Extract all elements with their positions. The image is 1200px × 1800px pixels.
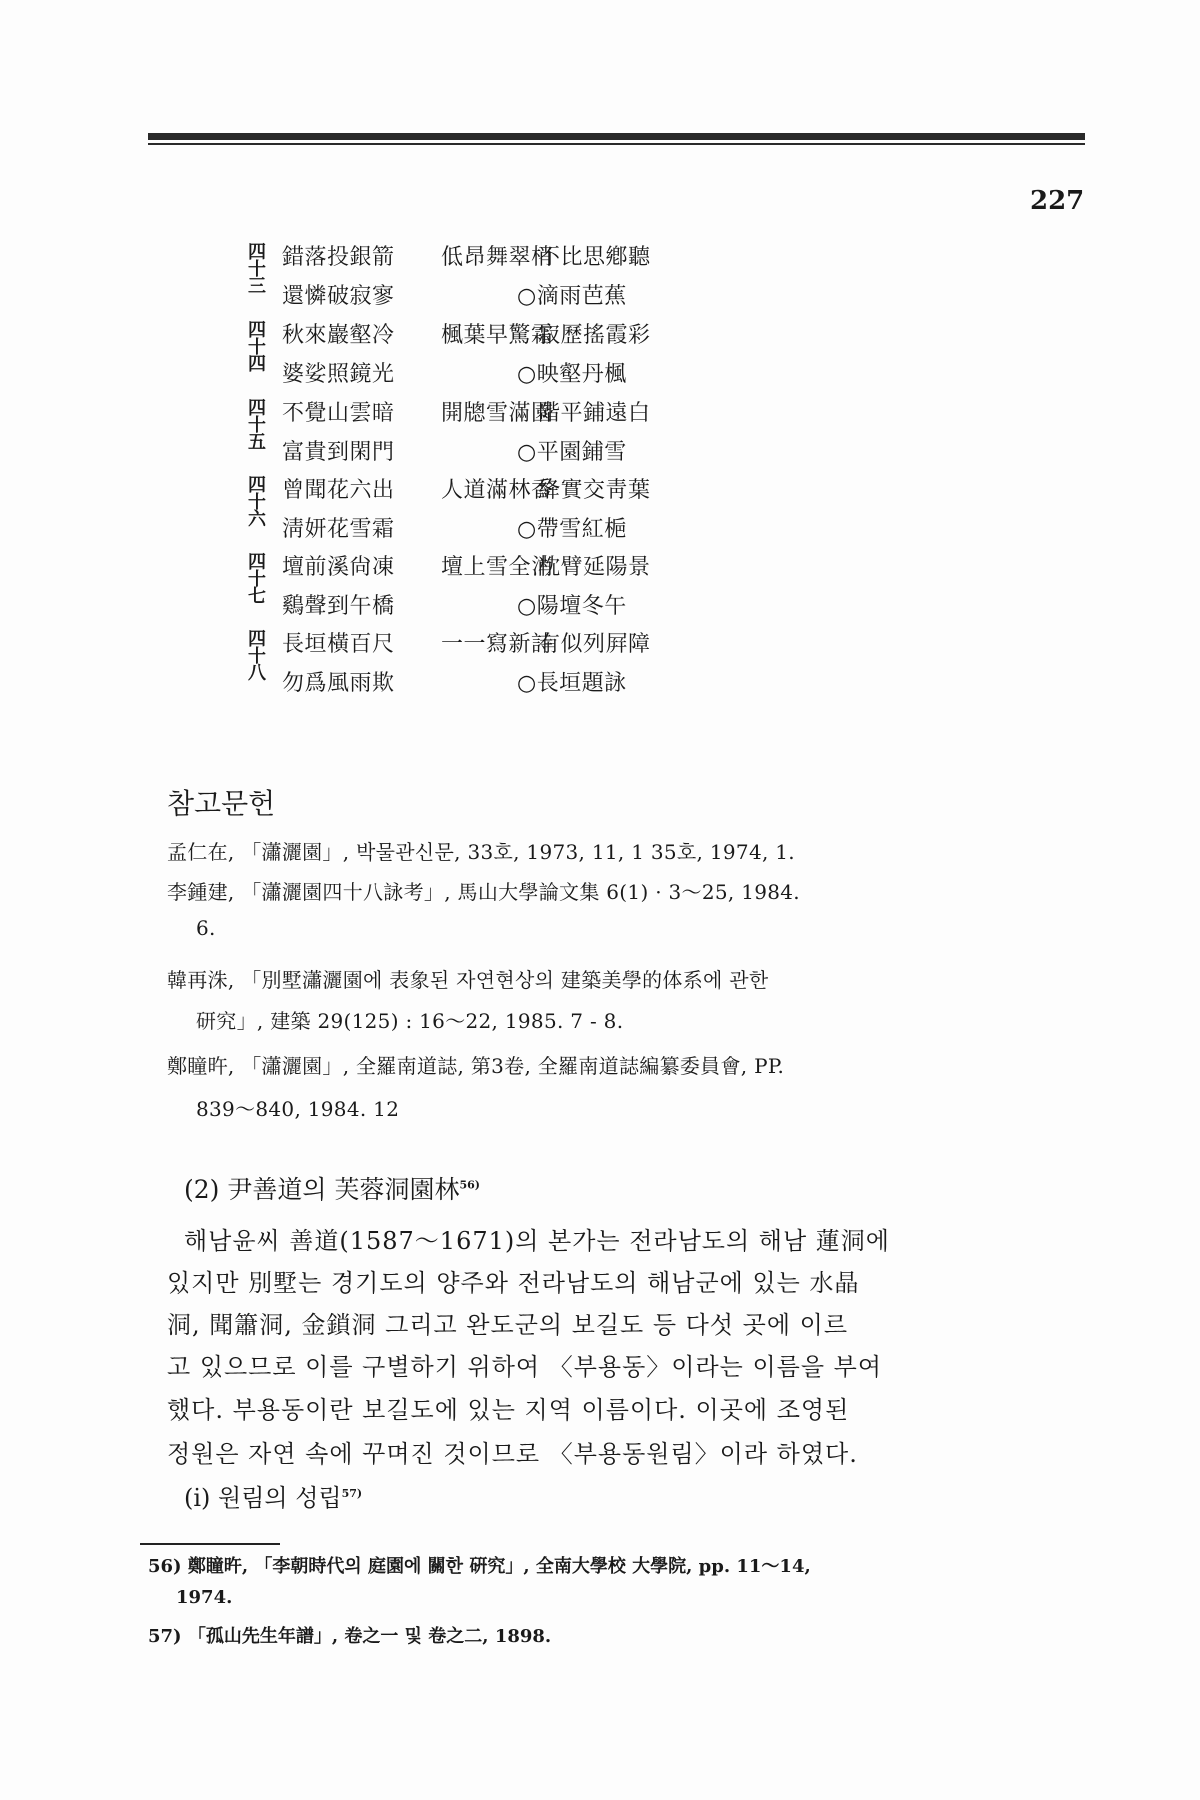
poem-number: 四十七 <box>246 554 268 605</box>
poem-verse: 還憐破寂寥 <box>282 279 395 310</box>
reference-entry-continued: 839～840, 1984. 12 <box>196 1093 399 1122</box>
poem-number: 四十八 <box>246 631 268 682</box>
poem-title: ○滴雨芭蕉 <box>517 279 627 310</box>
poem-title: ○帶雪紅梔 <box>517 512 627 543</box>
poem-verse: 楓葉早驚霜 <box>441 318 554 349</box>
poem-verse: 婆娑照鏡光 <box>282 357 395 388</box>
poem-verse: 階平鋪遠白 <box>538 396 651 427</box>
poem-verse: 不比思鄕聽 <box>538 240 651 271</box>
footnote-continued: 1974. <box>176 1587 232 1608</box>
poem-verse: 枕臂延陽景 <box>538 550 651 581</box>
footnote-marker[interactable]: 57) <box>342 1487 363 1500</box>
poem-verse: 寂歷搖霞彩 <box>538 318 651 349</box>
poem-verse: 勿爲風雨欺 <box>282 666 395 697</box>
poem-verse: 富貴到閑門 <box>282 435 395 466</box>
poem-verse: 低昂舞翠梢 <box>441 240 554 271</box>
poem-verse: 秋來巖壑冷 <box>282 318 395 349</box>
poem-title: ○映壑丹楓 <box>517 357 627 388</box>
poem-verse: 開牕雪滿園 <box>441 396 554 427</box>
body-paragraph-line: 있지만 別墅는 경기도의 양주와 전라남도의 해남군에 있는 水晶 <box>167 1263 859 1298</box>
poem-number: 四十五 <box>246 400 268 451</box>
reference-entry-continued: 研究」, 建築 29(125) : 16～22, 1985. 7 - 8. <box>196 1005 623 1034</box>
poem-verse: 不覺山雲暗 <box>282 396 395 427</box>
footnote: 57) 「孤山先生年譜」, 卷之一 및 卷之二, 1898. <box>148 1622 551 1648</box>
poem-verse: 人道滿林香 <box>441 473 554 504</box>
header-rule-thin <box>148 143 1085 145</box>
reference-entry: 李鍾建, 「瀟灑園四十八詠考」, 馬山大學論文集 6(1) · 3～25, 19… <box>167 876 800 905</box>
poem-title: ○平園鋪雪 <box>517 435 627 466</box>
poem-verse: 淸妍花雪霜 <box>282 512 395 543</box>
footnote-marker[interactable]: 56) <box>459 1179 480 1192</box>
poem-verse: 一一寫新詩 <box>441 627 554 658</box>
poem-verse: 絳實交靑葉 <box>538 473 651 504</box>
poem-number: 四十六 <box>246 477 268 528</box>
poem-verse: 錯落投銀箭 <box>282 240 395 271</box>
poem-verse: 長垣橫百尺 <box>282 627 395 658</box>
poem-verse: 壇前溪尙凍 <box>282 550 395 581</box>
footnote-divider <box>140 1543 280 1545</box>
references-heading: 참고문헌 <box>167 782 275 822</box>
reference-entry: 鄭瞳旿, 「瀟灑園」, 全羅南道誌, 第3卷, 全羅南道誌編纂委員會, PP. <box>167 1050 784 1079</box>
footnote: 56) 鄭瞳旿, 「李朝時代의 庭園에 關한 硏究」, 全南大學校 大學院, p… <box>148 1552 811 1578</box>
body-paragraph-line: 洞, 聞簫洞, 金鎖洞 그리고 완도군의 보길도 등 다섯 곳에 이르 <box>167 1305 848 1340</box>
header-rule-thick <box>148 133 1085 140</box>
body-paragraph-line: 했다. 부용동이란 보길도에 있는 지역 이름이다. 이곳에 조영된 <box>167 1390 849 1425</box>
reference-entry: 韓再洙, 「別墅瀟灑園에 表象된 자연현상의 建築美學的体系에 관한 <box>167 964 769 993</box>
poem-verse: 壇上雪全消 <box>441 550 554 581</box>
poem-number: 四十三 <box>246 244 268 295</box>
reference-entry: 孟仁在, 「瀟灑園」, 박물관신문, 33호, 1973, 11, 1 35호,… <box>167 836 795 865</box>
body-paragraph-line: 해남윤씨 善道(1587～1671)의 본가는 전라남도의 해남 蓮洞에 <box>184 1221 890 1256</box>
page-number: 227 <box>1030 186 1084 216</box>
poem-verse: 鷄聲到午橋 <box>282 589 395 620</box>
section-heading: (2) 尹善道의 芙蓉洞園林56) <box>184 1170 480 1206</box>
poem-title: ○長垣題詠 <box>517 666 627 697</box>
reference-entry-continued: 6. <box>196 916 216 940</box>
body-paragraph-line: 고 있으므로 이를 구별하기 위하여 〈부용동〉이라는 이름을 부여 <box>167 1347 882 1382</box>
subsection-heading: (i) 원림의 성립57) <box>184 1478 362 1513</box>
poem-title: ○陽壇冬午 <box>517 589 627 620</box>
poem-verse: 曾聞花六出 <box>282 473 395 504</box>
poem-number: 四十四 <box>246 322 268 373</box>
body-paragraph-line: 정원은 자연 속에 꾸며진 것이므로 〈부용동원림〉이라 하였다. <box>167 1434 858 1469</box>
poem-verse: 有似列屛障 <box>538 627 651 658</box>
